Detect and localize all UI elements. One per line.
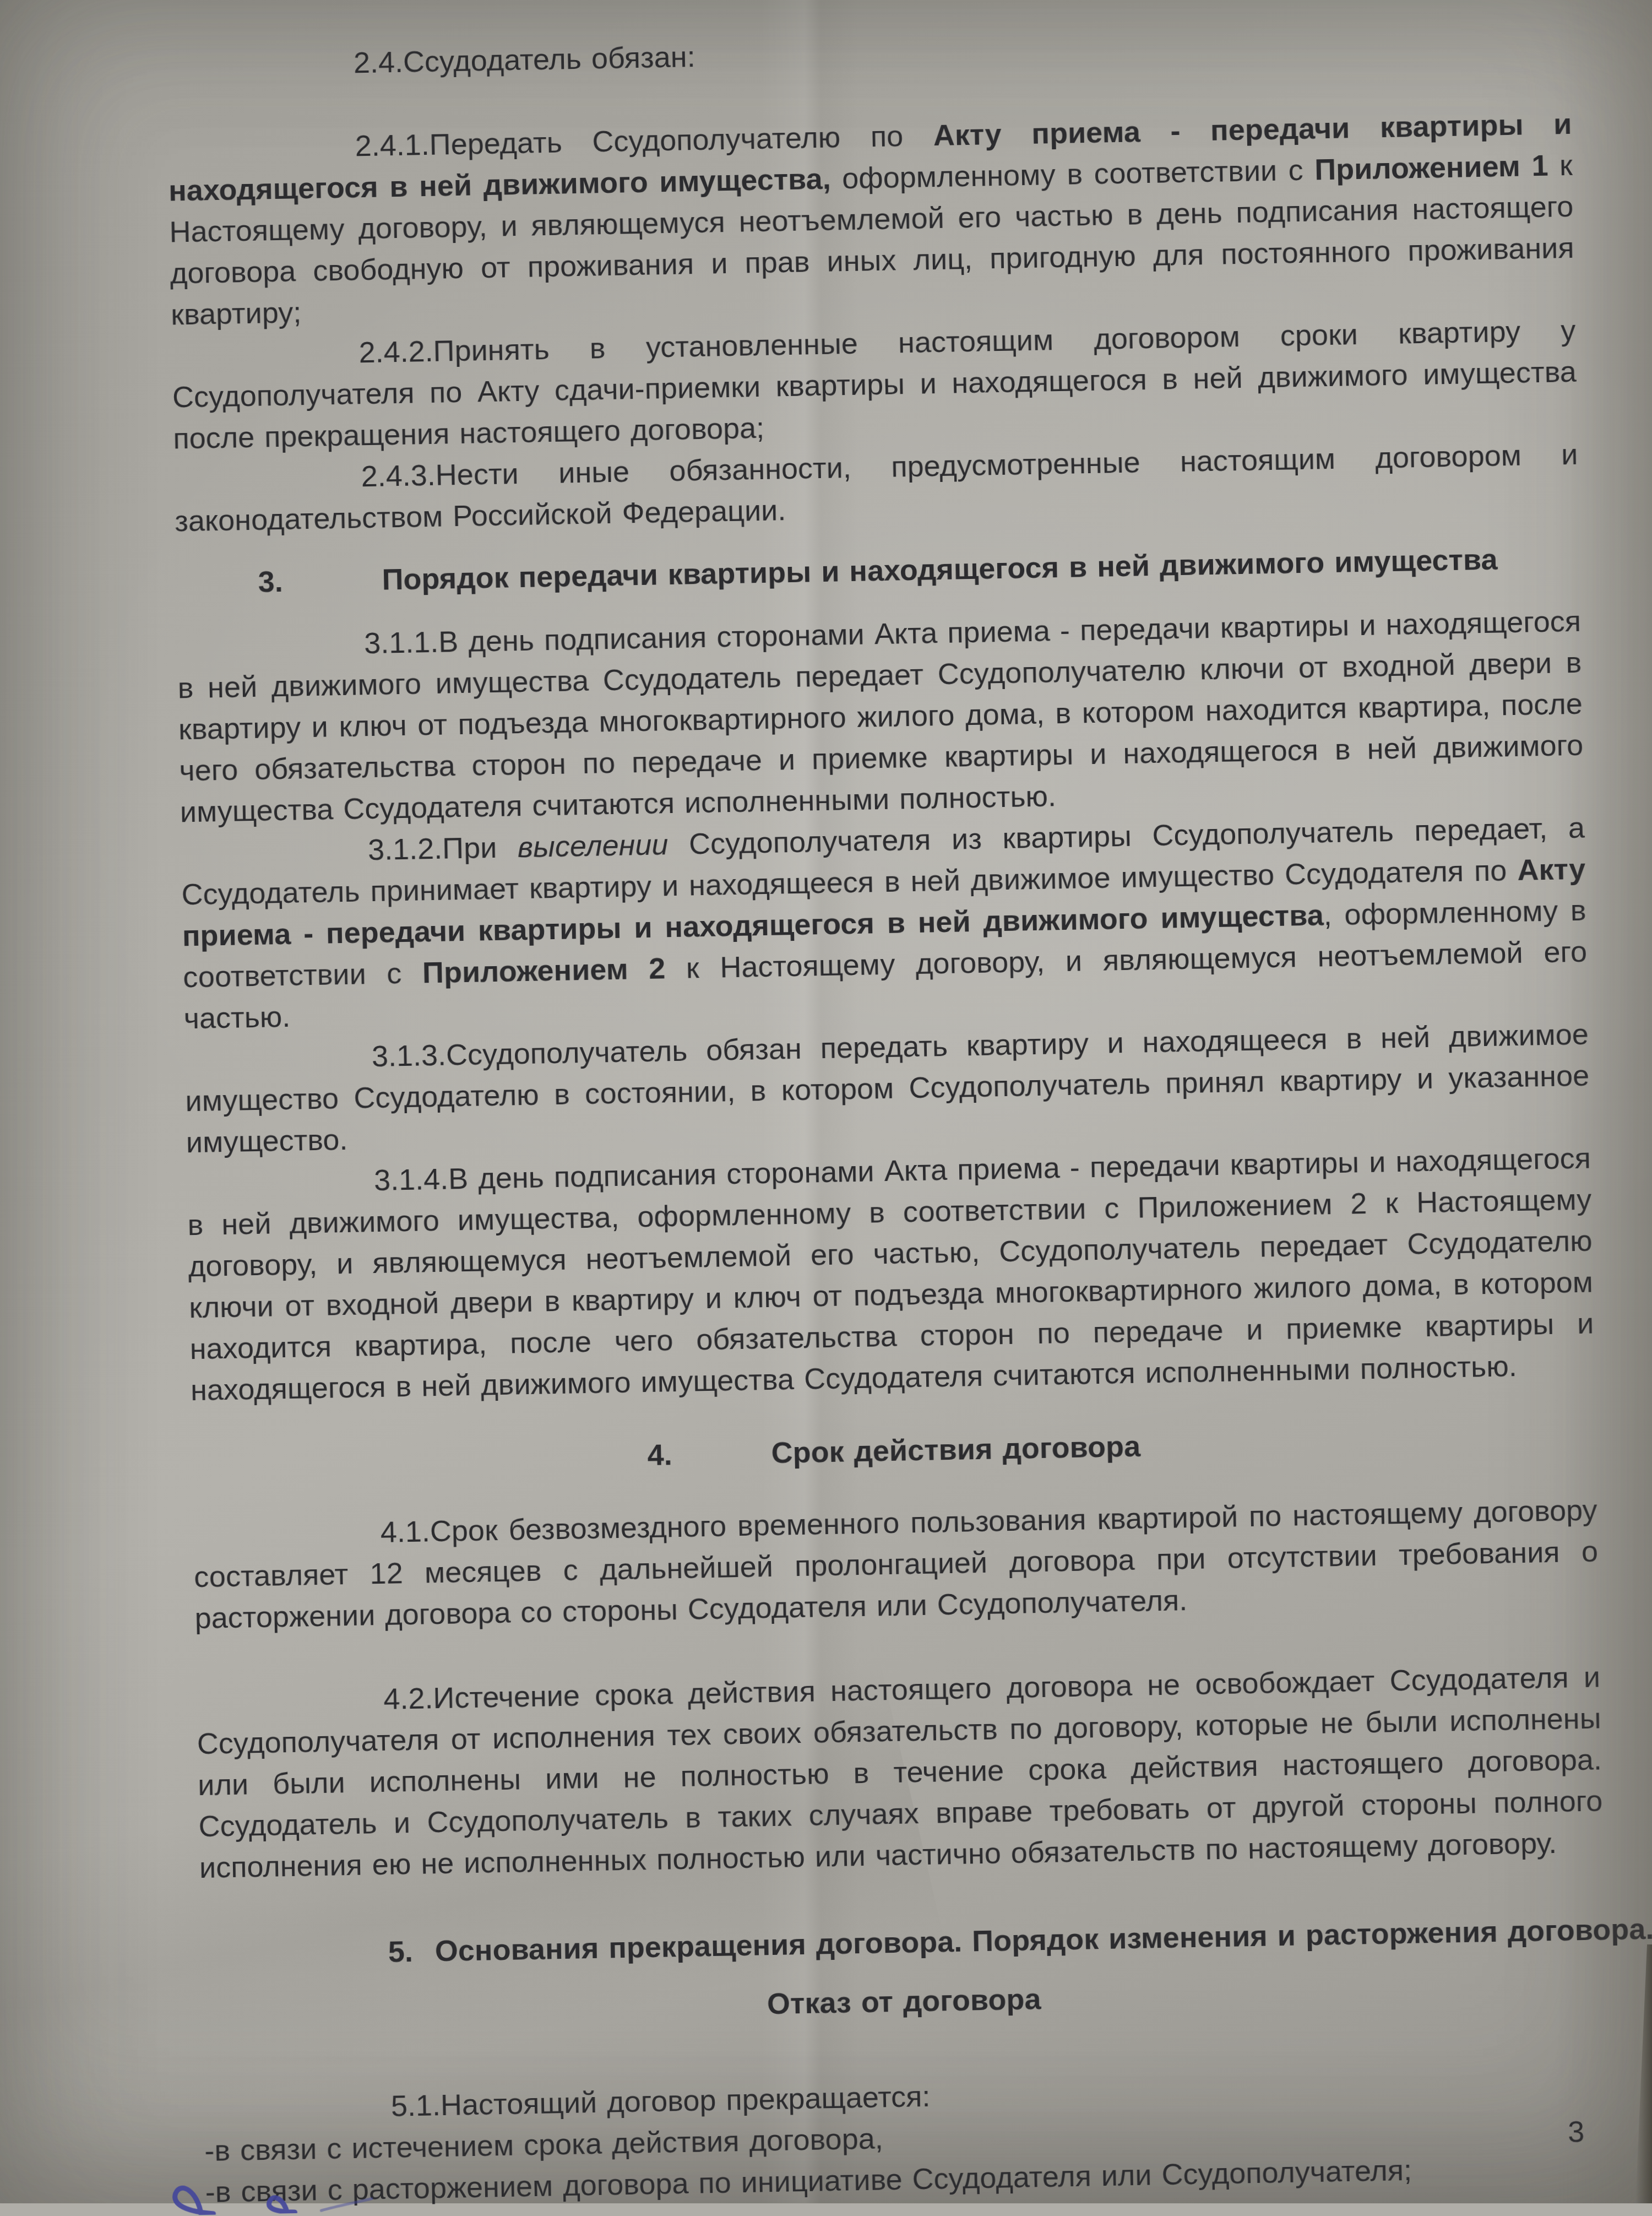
clause-number: 2.4.2.	[265, 331, 433, 376]
clause-number: 5.1.	[297, 2085, 441, 2129]
clause-text: Настоящий договор прекращается:	[440, 2080, 930, 2122]
section-title: Срок действия договора	[771, 1430, 1140, 1470]
section-number: 5.	[294, 1931, 435, 1975]
page-number: 3	[1567, 2111, 1584, 2153]
clause-3-1-1: 3.1.1.В день подписания сторонами Акта п…	[177, 601, 1584, 833]
clause-2-4-2: 2.4.2.Принять в установленные настоящим …	[171, 310, 1578, 460]
section-5-heading: 5.Основания прекращения договора. Порядо…	[200, 1909, 1605, 1976]
clause-text: -в связи с истечением срока действия дог…	[204, 2122, 883, 2168]
clause-number: 3.1.3.	[278, 1035, 446, 1080]
document-text: 2.4.Ссудодатель обязан: 2.4.1.Передать С…	[166, 20, 1610, 2203]
clause-4-2: 4.2.Истечение срока действия настоящего …	[196, 1656, 1604, 1889]
clause-3-1-3: 3.1.3.Ссудополучатель обязан передать кв…	[184, 1014, 1590, 1164]
clause-number: 3.1.4.	[280, 1159, 449, 1204]
bold-run: Приложением 2	[422, 952, 666, 989]
italic-run: выселении	[517, 828, 668, 864]
clause-number: 2.4.1.	[261, 124, 430, 169]
clause-text: Ссудодатель обязан:	[403, 40, 696, 79]
clause-text: оформленному в соответствии с	[830, 153, 1315, 195]
section-3-heading: 3.Порядок передачи квартиры и находящего…	[176, 538, 1580, 605]
section-4-heading: 4.Срок действия договора	[192, 1417, 1596, 1484]
clause-2-4-heading: 2.4.Ссудодатель обязан:	[166, 20, 1571, 88]
clause-number: 4.2.	[290, 1678, 433, 1722]
clause-4-1: 4.1.Срок безвозмездного временного польз…	[193, 1489, 1599, 1639]
clause-text: При	[442, 831, 518, 865]
subheading-text: Отказ от договора	[767, 1982, 1041, 2020]
clause-3-1-4: 3.1.4.В день подписания сторонами Акта п…	[187, 1138, 1595, 1412]
bold-run: Приложением 1	[1314, 149, 1548, 187]
photo-background-corner	[1635, 1944, 1652, 2203]
clause-number: 4.1.	[286, 1511, 430, 1555]
section-number: 4.	[647, 1434, 672, 1476]
scanned-contract-page: 2.4.Ссудодатель обязан: 2.4.1.Передать С…	[0, 0, 1652, 2203]
clause-number: 2.4.3.	[267, 455, 436, 500]
clause-text: Передать Ссудополучателю по	[429, 119, 933, 161]
section-title: Основания прекращения договора. Порядок …	[434, 1912, 1652, 1968]
section-title: Порядок передачи квартиры и находящегося…	[382, 543, 1498, 596]
clause-number: 3.1.1.	[270, 622, 439, 667]
clause-2-4-1: 2.4.1.Передать Ссудополучателю по Акту п…	[167, 104, 1575, 336]
clause-3-1-2: 3.1.2.При выселении Ссудополучателя из к…	[181, 808, 1588, 1040]
section-5-subheading: Отказ от договора	[202, 1968, 1606, 2035]
section-number: 3.	[258, 561, 283, 603]
clause-number: 3.1.2.	[274, 828, 443, 873]
clause-number: 2.4.	[259, 42, 403, 86]
